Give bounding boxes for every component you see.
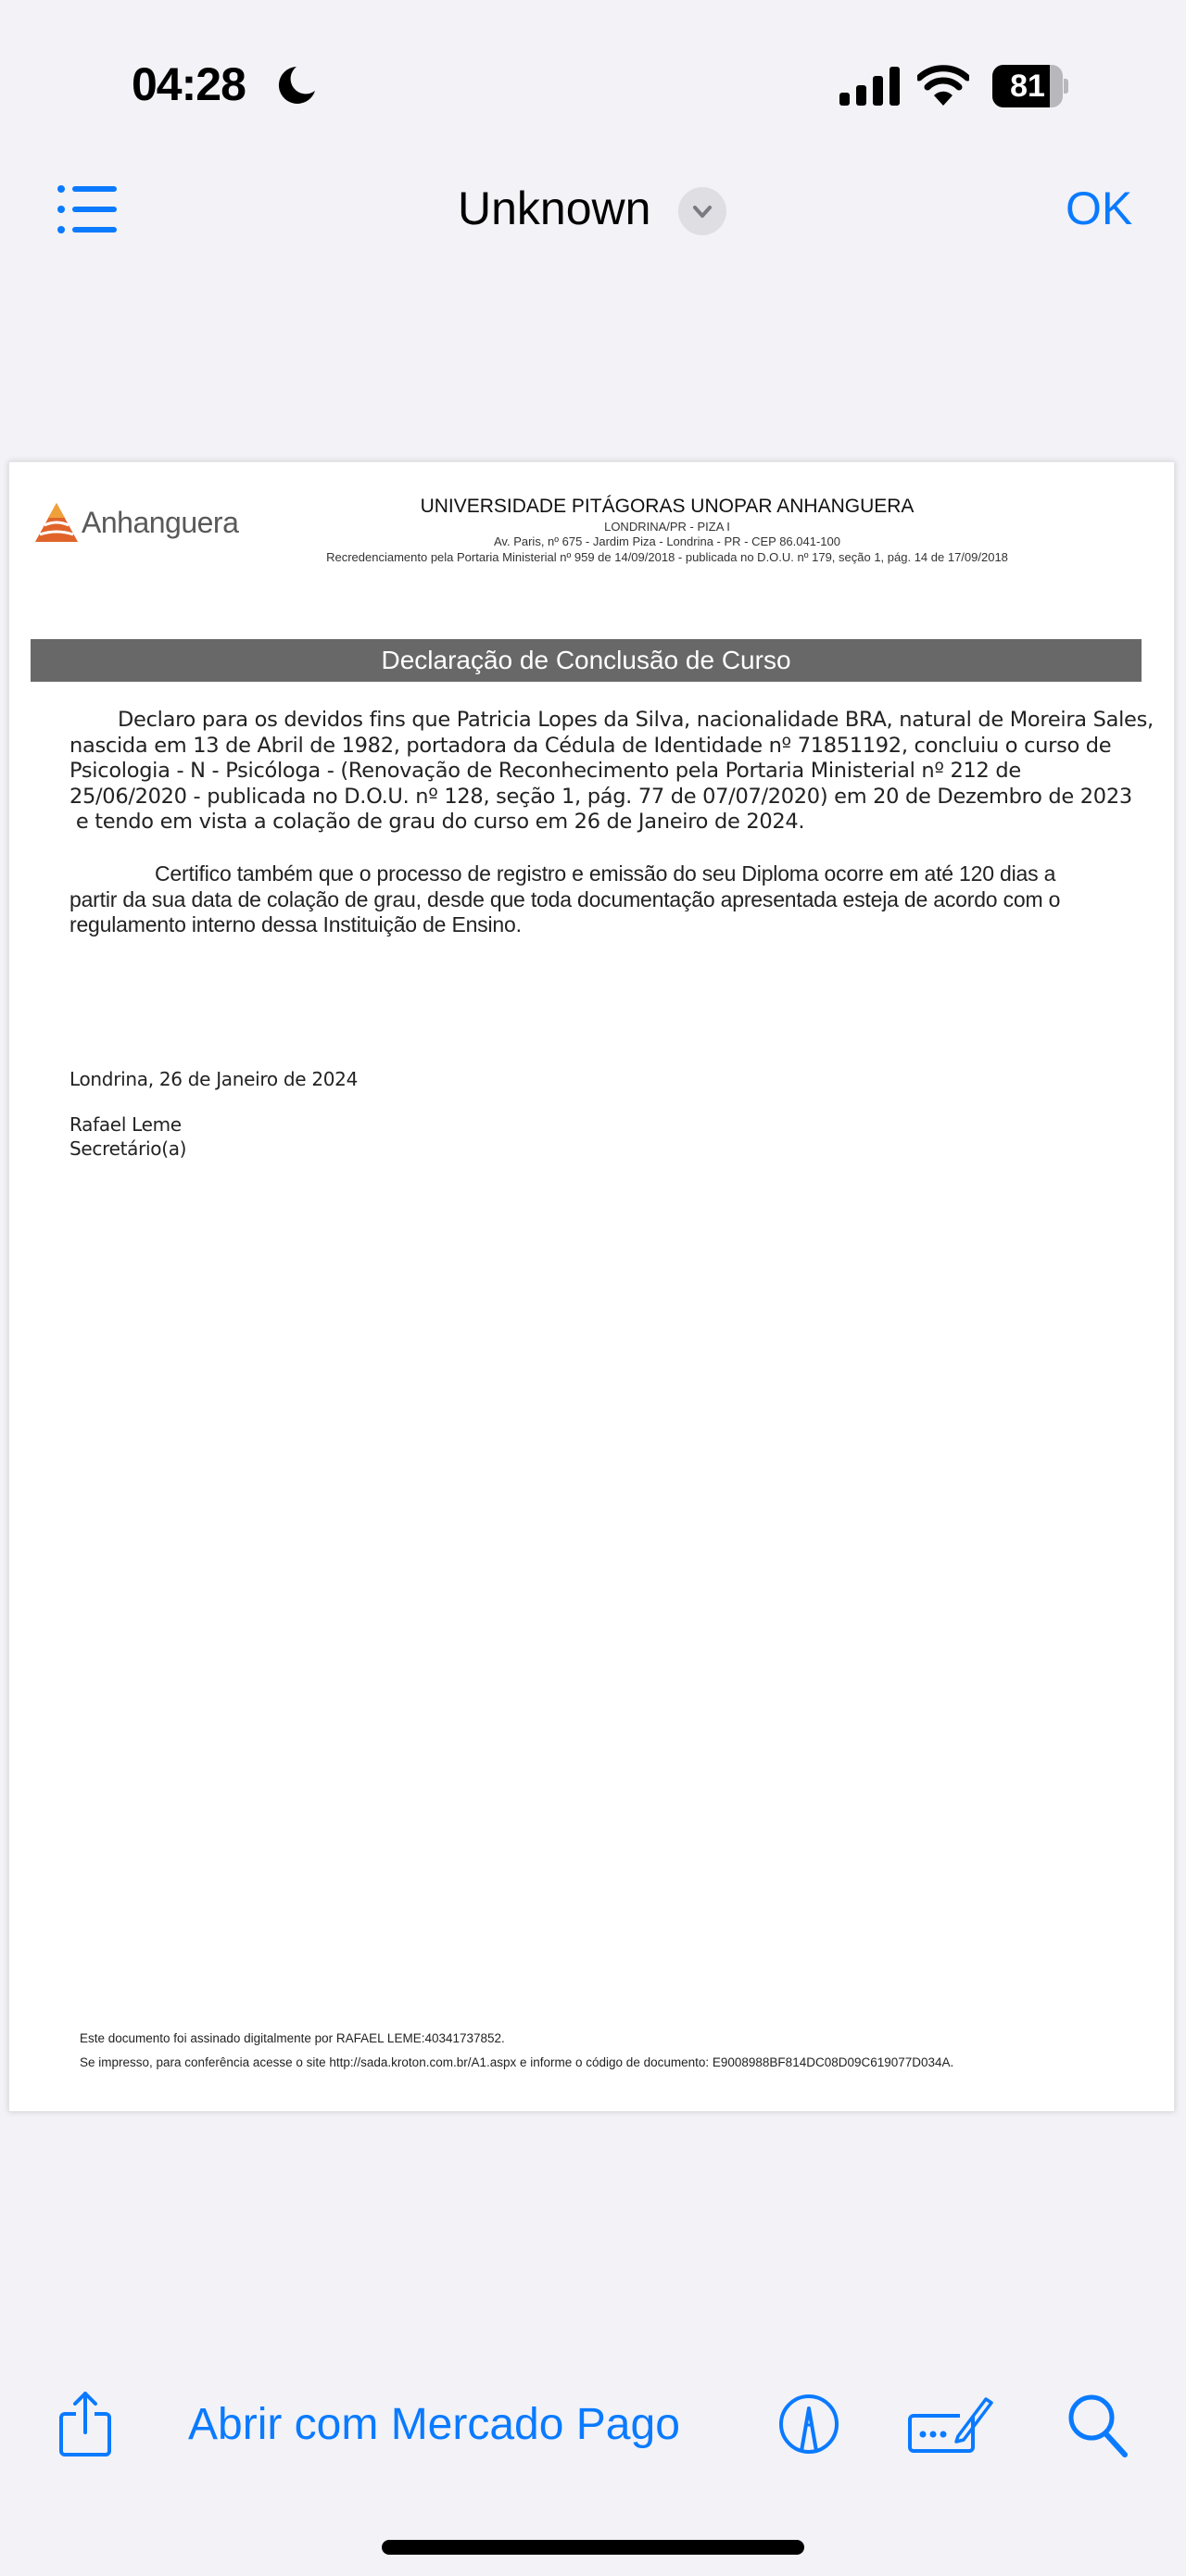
paragraph-line: nascida em 13 de Abril de 1982, portador… xyxy=(69,734,1126,760)
share-icon[interactable] xyxy=(59,2390,111,2457)
campus: LONDRINA/PR - PIZA I xyxy=(158,520,1177,534)
open-with-button[interactable]: Abrir com Mercado Pago xyxy=(188,2399,680,2450)
battery-indicator: 81 xyxy=(992,65,1068,107)
search-icon[interactable] xyxy=(1067,2394,1129,2458)
title-menu-button[interactable] xyxy=(678,187,726,235)
paragraph-line: partir da sua data de colação de grau, d… xyxy=(69,887,1126,913)
battery-percentage: 81 xyxy=(992,65,1063,107)
chevron-down-icon xyxy=(678,187,726,235)
digital-signature-note: Este documento foi assinado digitalmente… xyxy=(80,2031,505,2045)
accreditation: Recredenciamento pela Portaria Ministeri… xyxy=(158,550,1177,564)
signature-icon[interactable] xyxy=(908,2394,995,2455)
certification-paragraph: Certifico também que o processo de regis… xyxy=(69,861,1126,938)
markup-icon[interactable] xyxy=(778,2394,839,2455)
paragraph-line: e tendo em vista a colação de grau do cu… xyxy=(69,810,1126,836)
institution-name: UNIVERSIDADE PITÁGORAS UNOPAR ANHANGUERA xyxy=(158,496,1177,518)
address: Av. Paris, nº 675 - Jardim Piza - Londri… xyxy=(158,534,1177,548)
paragraph-line: 25/06/2020 - publicada no D.O.U. nº 128,… xyxy=(69,785,1126,810)
moon-icon xyxy=(276,65,317,106)
signer-name: Rafael Leme xyxy=(69,1113,182,1136)
home-indicator[interactable] xyxy=(382,2540,804,2555)
signer-role: Secretário(a) xyxy=(69,1137,186,1160)
place-and-date: Londrina, 26 de Janeiro de 2024 xyxy=(69,1068,358,1090)
document-title[interactable]: Unknown xyxy=(458,182,650,235)
list-icon[interactable] xyxy=(57,183,120,235)
declaration-paragraph: Declaro para os devidos fins que Patrici… xyxy=(69,708,1126,836)
paragraph-line: regulamento interno dessa Instituição de… xyxy=(69,912,1126,938)
paragraph-line: Psicologia - N - Psicóloga - (Renovação … xyxy=(69,759,1126,785)
paragraph-line: Declaro para os devidos fins que Patrici… xyxy=(69,708,1126,734)
document-page: Anhanguera UNIVERSIDADE PITÁGORAS UNOPAR… xyxy=(8,461,1175,2112)
paragraph-line: Certifico também que o processo de regis… xyxy=(69,861,1126,887)
declaration-title: Declaração de Conclusão de Curso xyxy=(31,639,1142,682)
battery-cap xyxy=(1064,79,1068,94)
status-time: 04:28 xyxy=(132,57,246,111)
wifi-icon xyxy=(917,65,969,106)
cellular-signal-icon xyxy=(839,67,901,106)
ok-button[interactable]: OK xyxy=(1066,182,1132,235)
verification-note: Se impresso, para conferência acesse o s… xyxy=(80,2055,953,2069)
anhanguera-logo-icon xyxy=(35,503,78,542)
